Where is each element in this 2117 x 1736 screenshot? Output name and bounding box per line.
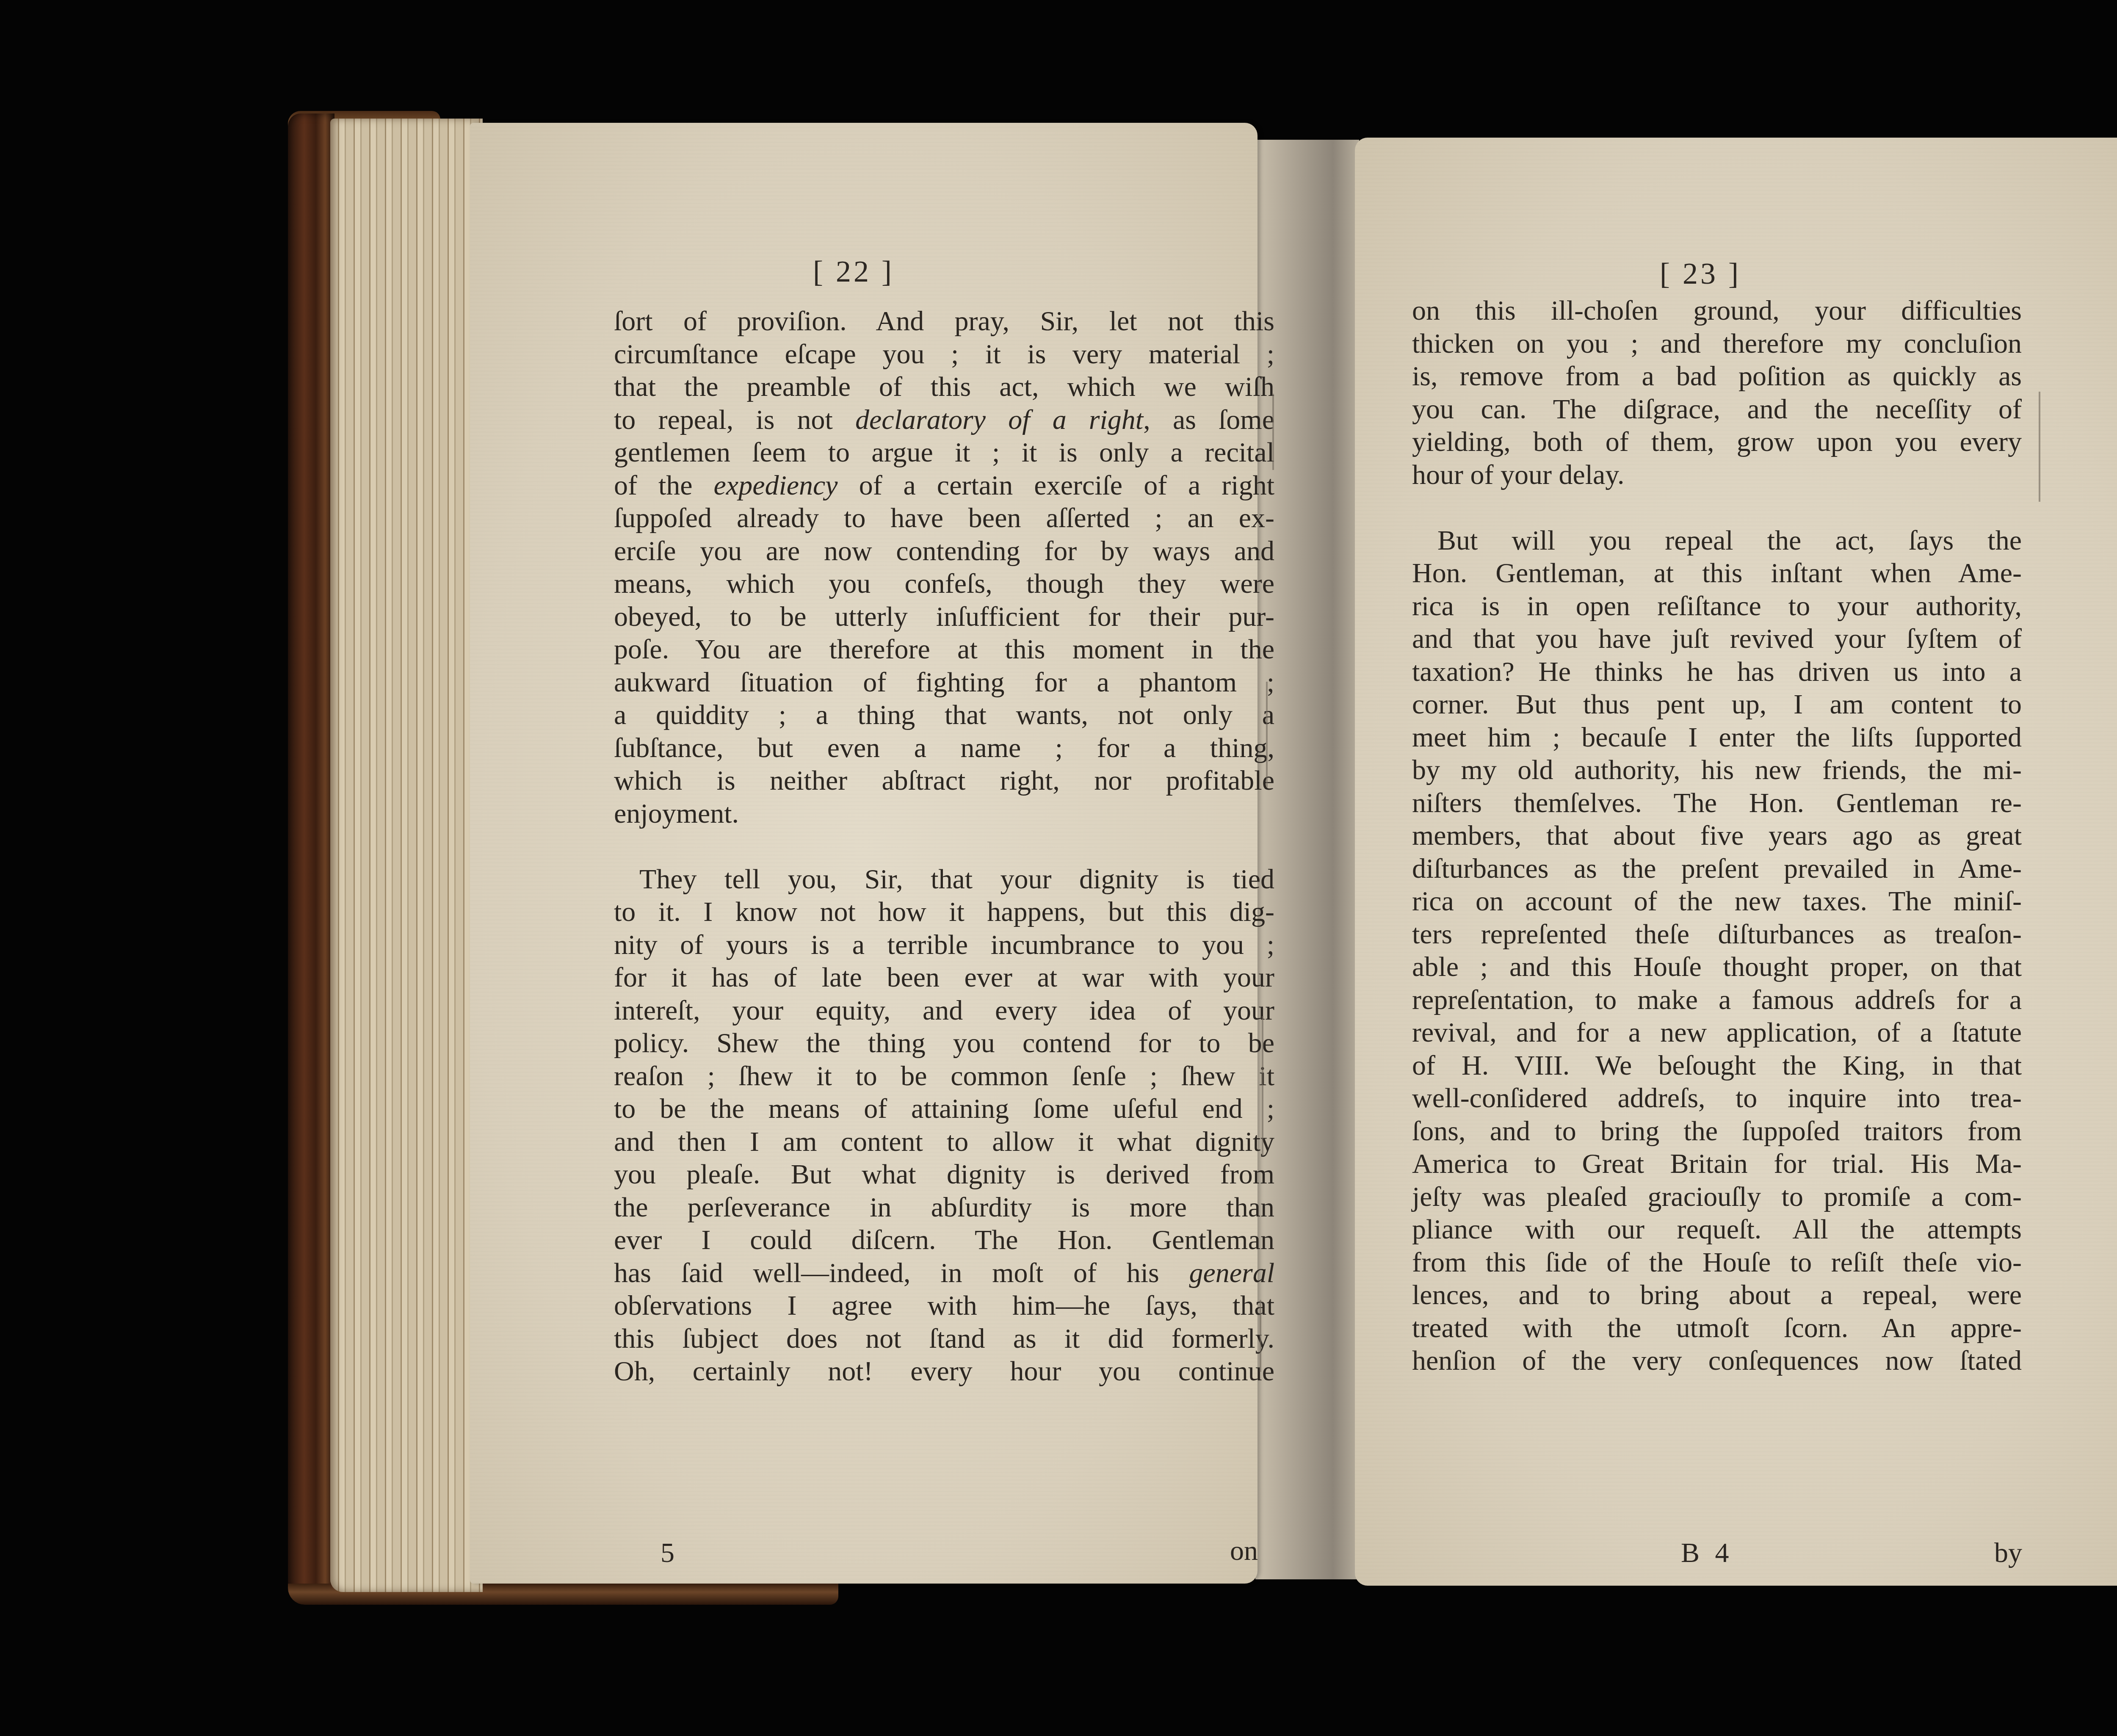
text-line: revival, and for a new application, of a… [1412,1016,2022,1049]
text-line: treated with the utmoſt ſcorn. An appre- [1412,1312,2022,1345]
text-run: to repeal, is not [614,404,855,435]
paragraph-gap [614,830,1274,863]
text-line: on this ill-choſen ground, your difficul… [1412,294,2022,327]
left-page-stack [330,119,483,1592]
paragraph: They tell you, Sir, that your dignity is… [614,863,1274,1388]
text-run: has ſaid well—indeed, in moſt of his [614,1258,1189,1288]
text-line: by my old authority, his new friends, th… [1412,754,2022,787]
text-line: poſe. You are therefore at this moment i… [614,633,1274,666]
text-line: and that you have juſt revived your ſyſt… [1412,622,2022,655]
text-line-with-italic: of the expediency of a certain exerciſe … [614,469,1274,502]
text-line: pliance with our requeſt. All the attemp… [1412,1213,2022,1246]
text-line-with-italic: has ſaid well—indeed, in moſt of his gen… [614,1257,1274,1290]
text-line: of H. VIII. We beſought the King, in tha… [1412,1049,2022,1082]
signature-mark: B 4 [1681,1537,1733,1569]
text-line: diſturbances as the preſent prevailed in… [1412,852,2022,885]
text-line: They tell you, Sir, that your dignity is… [614,863,1274,896]
text-line: thicken on you ; and therefore my conclu… [1412,327,2022,360]
text-line: repreſentation, to make a famous addreſs… [1412,984,2022,1017]
text-line: hour of your delay. [1412,459,2022,492]
text-line: to be the means of attaining ſome uſeful… [614,1092,1274,1125]
text-line: you can. The diſgrace, and the neceſſity… [1412,393,2022,426]
paragraph: ſort of proviſion. And pray, Sir, let no… [614,305,1274,830]
text-line: intereſt, your equity, and every idea of… [614,994,1274,1027]
left-page-text: ſort of proviſion. And pray, Sir, let no… [614,305,1274,1388]
text-line: and then I am content to allow it what d… [614,1125,1274,1158]
text-line: lences, and to bring about a repeal, wer… [1412,1279,2022,1312]
text-line: enjoyment. [614,797,1274,830]
left-leather-cover [288,113,334,1600]
text-line: from this ſide of the Houſe to reſiſt th… [1412,1246,2022,1279]
paragraph: on this ill-choſen ground, your difficul… [1412,294,2022,491]
text-line: henſion of the very conſequences now ſta… [1412,1344,2022,1377]
paragraph-gap [1412,491,2022,524]
text-line: yielding, both of them, grow upon you ev… [1412,426,2022,459]
photo-background: [ 22 ] ſort of proviſion. And pray, Sir,… [0,0,2117,1736]
text-line: America to Great Britain for trial. His … [1412,1147,2022,1180]
text-line: corner. But thus pent up, I am content t… [1412,688,2022,721]
text-line: means, which you confeſs, though they we… [614,567,1274,600]
text-line: circumſtance eſcape you ; it is very mat… [614,338,1274,371]
text-line: But will you repeal the act, ſays the [1412,524,2022,557]
right-page: [ 23 ] on this ill-choſen ground, your d… [1355,138,2117,1586]
text-run: of a certain exerciſe of a right [838,470,1274,501]
text-line: obſervations I agree with him—he ſays, t… [614,1289,1274,1322]
text-line: ſuppoſed already to have been aſſerted ;… [614,502,1274,535]
text-line: is, remove from a bad poſition as quickl… [1412,360,2022,393]
margin-pencil-mark [1260,1300,1261,1372]
italic-phrase: declaratory of a right [855,404,1143,435]
page-number-right: [ 23 ] [1660,256,1741,291]
text-line: taxation? He thinks he has driven us int… [1412,655,2022,688]
text-line: ſons, and to bring the ſuppoſed traitors… [1412,1115,2022,1148]
page-number-left: [ 22 ] [813,254,894,289]
text-run: , as ſome [1143,404,1274,435]
text-line: this ſubject does not ſtand as it did fo… [614,1322,1274,1355]
text-line: nity of yours is a terrible incumbrance … [614,929,1274,962]
text-line: ters repreſented theſe diſturbances as t… [1412,918,2022,951]
text-line: ſort of proviſion. And pray, Sir, let no… [614,305,1274,338]
text-line: reaſon ; ſhew it to be common ſenſe ; ſh… [614,1060,1274,1093]
text-line: policy. Shew the thing you contend for t… [614,1027,1274,1060]
text-line: erciſe you are now contending for by way… [614,535,1274,568]
italic-phrase: expediency [714,470,838,501]
text-line: Oh, certainly not! every hour you contin… [614,1355,1274,1388]
signature-mark: 5 [661,1537,674,1569]
text-line: for it has of late been ever at war with… [614,961,1274,994]
text-line: that the preamble of this act, which we … [614,370,1274,404]
italic-phrase: general [1189,1258,1274,1288]
text-line: which is neither abſtract right, nor pro… [614,764,1274,797]
text-line: ſubſtance, but even a name ; for a thing… [614,732,1274,765]
text-line: gentlemen ſeem to argue it ; it is only … [614,436,1274,469]
margin-pencil-mark [2039,392,2040,502]
text-run: of the [614,470,714,501]
text-line: meet him ; becauſe I enter the liſts ſup… [1412,721,2022,754]
text-line: Hon. Gentleman, at this inſtant when Ame… [1412,557,2022,590]
catchword: by [1994,1537,2022,1569]
text-line: jeſty was pleaſed graciouſly to promiſe … [1412,1180,2022,1214]
text-line: a quiddity ; a thing that wants, not onl… [614,699,1274,732]
text-line: niſters themſelves. The Hon. Gentleman r… [1412,787,2022,820]
text-line: rica on account of the new taxes. The mi… [1412,885,2022,918]
text-line: well-conſidered addreſs, to inquire into… [1412,1082,2022,1115]
margin-pencil-mark [1272,394,1274,470]
text-line: rica is in open reſiſtance to your autho… [1412,590,2022,623]
text-line: able ; and this Houſe thought proper, on… [1412,951,2022,984]
margin-pencil-mark [1266,682,1268,788]
text-line: obeyed, to be utterly inſufficient for t… [614,600,1274,633]
left-page: [ 22 ] ſort of proviſion. And pray, Sir,… [470,123,1257,1584]
right-page-text: on this ill-choſen ground, your difficul… [1412,294,2022,1377]
paragraph: But will you repeal the act, ſays the Ho… [1412,524,2022,1377]
text-line: you pleaſe. But what dignity is derived … [614,1158,1274,1191]
text-line: members, that about five years ago as gr… [1412,819,2022,852]
text-line: the perſeverance in abſurdity is more th… [614,1191,1274,1224]
text-line: aukward ſituation of fighting for a phan… [614,666,1274,699]
text-line: ever I could diſcern. The Hon. Gentleman [614,1224,1274,1257]
text-line: to it. I know not how it happens, but th… [614,896,1274,929]
catchword: on [1230,1535,1258,1567]
text-line-with-italic: to repeal, is not declaratory of a right… [614,404,1274,437]
margin-pencil-mark [1262,1016,1263,1156]
